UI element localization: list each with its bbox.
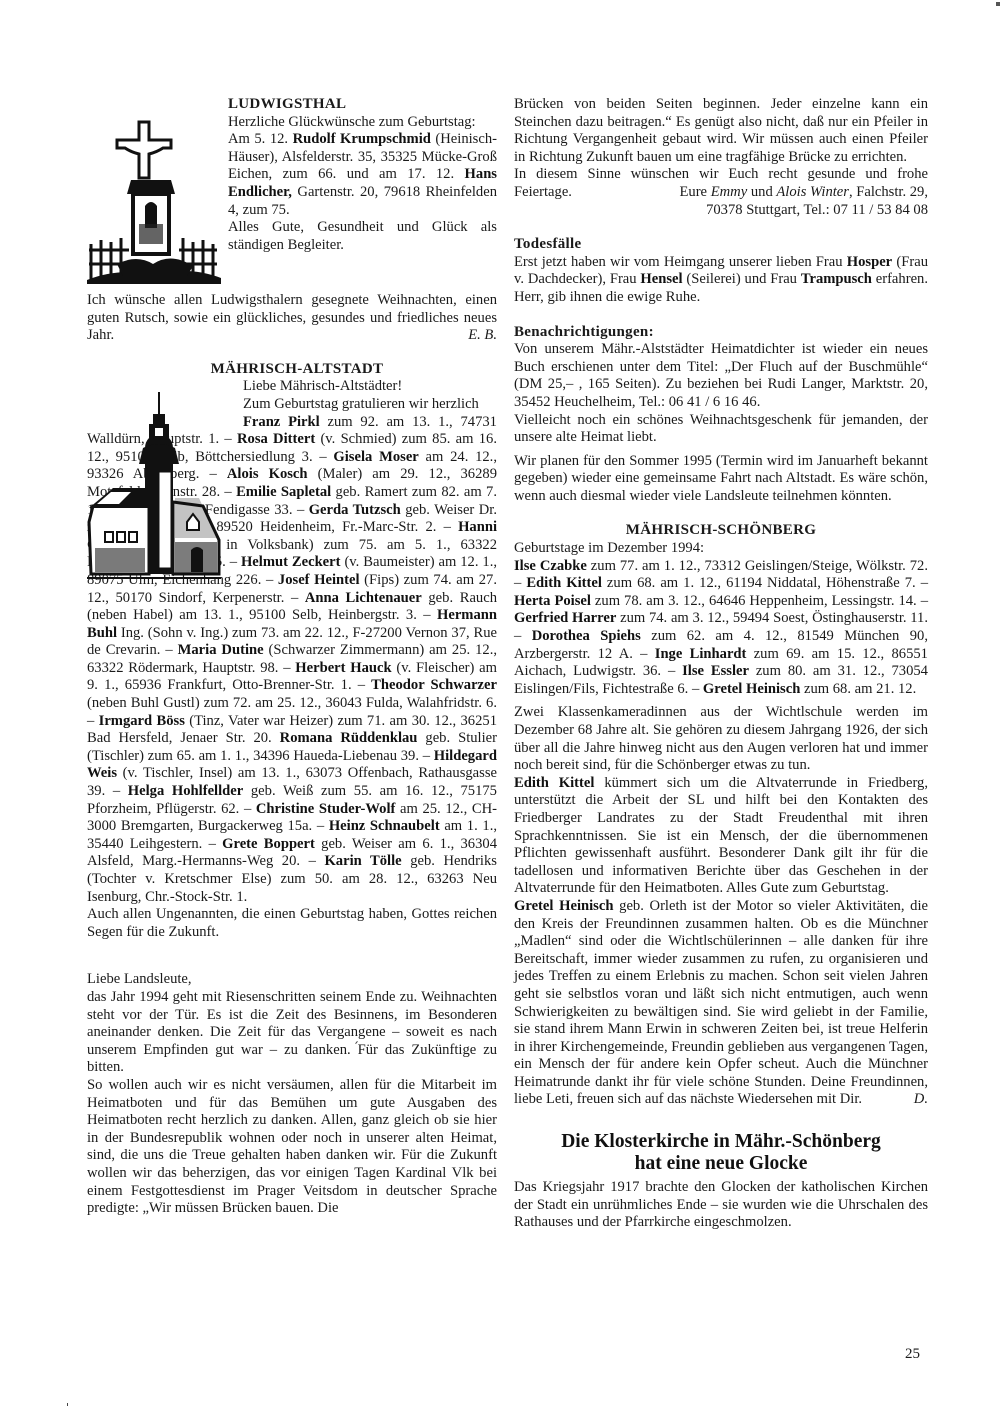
person-name: Rudolf Krumpschmid — [293, 131, 431, 147]
person-name: Ilse Czabke — [514, 558, 587, 574]
person-name: Karin Tölle — [324, 853, 401, 869]
altstadt-intro: Liebe Mährisch-Altstädter! Zum Geburtsta… — [243, 378, 497, 413]
signature-emmy: Emmy — [711, 184, 747, 200]
letter-paragraph-2-continued: Brücken von beiden Seiten beginnen. Jede… — [514, 96, 928, 166]
entry-date: Am 5. 12. — [228, 131, 288, 147]
schoenberg-heinisch: Gretel Heinisch geb. Orleth ist der Moto… — [514, 898, 928, 1109]
notices-paragraph-2: Vielleicht noch ein schönes Weihnachtsge… — [514, 412, 928, 447]
text: kümmert sich um die Altvaterrunde in Fri… — [514, 775, 928, 897]
person-name: Gisela Moser — [333, 449, 418, 465]
altstadt-section: Liebe Mährisch-Altstädter! Zum Geburtsta… — [87, 378, 497, 906]
title-line-2: hat eine neue Glocke — [514, 1153, 928, 1175]
wayside-cross-illustration — [87, 114, 221, 289]
section-title-notices: Benachrichtigungen: — [514, 324, 928, 342]
person-name: Heinz Schnaubelt — [329, 818, 440, 834]
person-name: Helmut Zeckert — [241, 554, 341, 570]
schoenberg-classmates: Zwei Klassenkameradinnen aus der Wichtls… — [514, 704, 928, 774]
letter-salutation: Liebe Landsleute, — [87, 971, 497, 989]
section-title-altstadt: MÄHRISCH-ALTSTADT — [87, 361, 497, 379]
person-name: Inge Linhardt — [655, 646, 747, 662]
article-title-klosterkirche: Die Klosterkirche in Mähr.-Schönberg hat… — [514, 1131, 928, 1175]
person-name: Franz Pirkl — [243, 414, 320, 430]
ludwigsthal-intro: Herzliche Glückwünsche zum Geburtstag: — [228, 114, 497, 132]
person-name: Maria Dutine — [178, 642, 264, 658]
person-name: Gerda Tutzsch — [309, 502, 401, 518]
person-name: Romana Rüddenklau — [280, 730, 418, 746]
person-name: Gretel Heinisch — [703, 681, 800, 697]
signature-address: , Falchstr. 29, — [849, 184, 928, 200]
letter-signature-city: 70378 Stuttgart, Tel.: 07 11 / 53 84 08 — [514, 202, 928, 220]
altstadt-intro-text: Zum Geburtstag gratulieren wir herzlich — [243, 396, 497, 414]
ludwigsthal-entries: Am 5. 12. Rudolf Krumpschmid (Heinisch-H… — [228, 131, 497, 219]
left-column: LUDWIGSTHAL Herzliche Glückwünsche zum G… — [87, 96, 497, 1218]
ludwigsthal-wishes: Alles Gute, Gesundheit und Glück als stä… — [228, 219, 497, 254]
schoenberg-kittel: Edith Kittel kümmert sich um die Altvate… — [514, 775, 928, 898]
person-name: Hensel — [640, 271, 682, 287]
schoenberg-birthday-list: Ilse Czabke zum 77. am 1. 12., 73312 Gei… — [514, 558, 928, 699]
person-name: Gerfried Harrer — [514, 610, 616, 626]
signature-eure: Eure — [679, 184, 707, 200]
letter-paragraph-2: So wollen auch wir es nicht versäumen, a… — [87, 1077, 497, 1218]
town-hall-tower-illustration — [87, 392, 221, 582]
letter-signature: Eure Emmy und Alois Winter, Falchstr. 29… — [514, 184, 928, 202]
person-name: Alois Kosch — [227, 466, 308, 482]
notices-paragraph-3: Wir planen für den Sommer 1995 (Termin w… — [514, 453, 928, 506]
person-name: Trampusch — [801, 271, 872, 287]
signature: D. — [914, 1091, 928, 1107]
text: Erst jetzt haben wir vom Heimgang unsere… — [514, 254, 843, 270]
entry-details: zum 78. am 3. 12., 64646 Heppenheim, Les… — [591, 593, 928, 609]
entry-details: zum 68. am 1. 12., 61194 Niddatal, Höhen… — [602, 575, 928, 591]
deaths-text: Erst jetzt haben wir vom Heimgang unsere… — [514, 254, 928, 307]
person-name: Edith Kittel — [514, 775, 594, 791]
person-name: Herta Poisel — [514, 593, 591, 609]
person-name: Edith Kittel — [526, 575, 602, 591]
person-name: Theodor Schwarzer — [371, 677, 497, 693]
signature-und: und — [751, 184, 773, 200]
scan-speck — [67, 1403, 68, 1406]
section-title-ludwigsthal: LUDWIGSTHAL — [228, 96, 497, 114]
notices-paragraph-1: Von unserem Mähr.-Alststädter Heimatdich… — [514, 341, 928, 411]
section-title-deaths: Todesfälle — [514, 236, 928, 254]
person-name: Josef Heintel — [278, 572, 360, 588]
klosterkirche-text: Das Kriegsjahr 1917 brachte den Glocken … — [514, 1179, 928, 1232]
ludwigsthal-text: LUDWIGSTHAL Herzliche Glückwünsche zum G… — [228, 96, 497, 254]
schoenberg-intro: Geburtstage im Dezember 1994: — [514, 540, 928, 558]
person-name: Gretel Heinisch — [514, 898, 613, 914]
entry-details: zum 68. am 21. 12. — [800, 681, 916, 697]
ludwigsthal-signature-line: E. B. — [87, 327, 497, 345]
person-name: Dorothea Spiehs — [532, 628, 641, 644]
person-name: Herbert Hauck — [295, 660, 391, 676]
person-name: Emilie Sapletal — [236, 484, 331, 500]
scan-edge-mark — [996, 2, 1000, 6]
person-name: Grete Boppert — [222, 836, 315, 852]
text: (Seilerei) und Frau — [686, 271, 797, 287]
letter-paragraph-1: das Jahr 1994 geht mit Riesenschritten s… — [87, 989, 497, 1077]
person-name: Rosa Dittert — [237, 431, 315, 447]
person-name: Ilse Essler — [682, 663, 749, 679]
text: geb. Orleth ist der Motor so vieler Akti… — [514, 898, 928, 1108]
title-line-1: Die Klosterkirche in Mähr.-Schönberg — [514, 1131, 928, 1153]
person-name: Irmgard Böss — [99, 713, 185, 729]
section-title-schoenberg: MÄHRISCH-SCHÖNBERG — [514, 522, 928, 540]
ludwigsthal-section: LUDWIGSTHAL Herzliche Glückwünsche zum G… — [87, 96, 497, 292]
right-column: Brücken von beiden Seiten beginnen. Jede… — [514, 96, 928, 1232]
person-name: Helga Hohlfellder — [128, 783, 243, 799]
person-name: Christine Studer-Wolf — [256, 801, 395, 817]
page-number: 25 — [905, 1346, 920, 1364]
signature-alois-winter: Alois Winter — [776, 184, 849, 200]
altstadt-closing: Auch allen Ungenannten, die einen Geburt… — [87, 906, 497, 941]
altstadt-greeting: Liebe Mährisch-Altstädter! — [243, 378, 497, 396]
person-name: Hosper — [847, 254, 892, 270]
signature: E. B. — [468, 327, 497, 343]
person-name: Anna Lichtenauer — [305, 590, 422, 606]
